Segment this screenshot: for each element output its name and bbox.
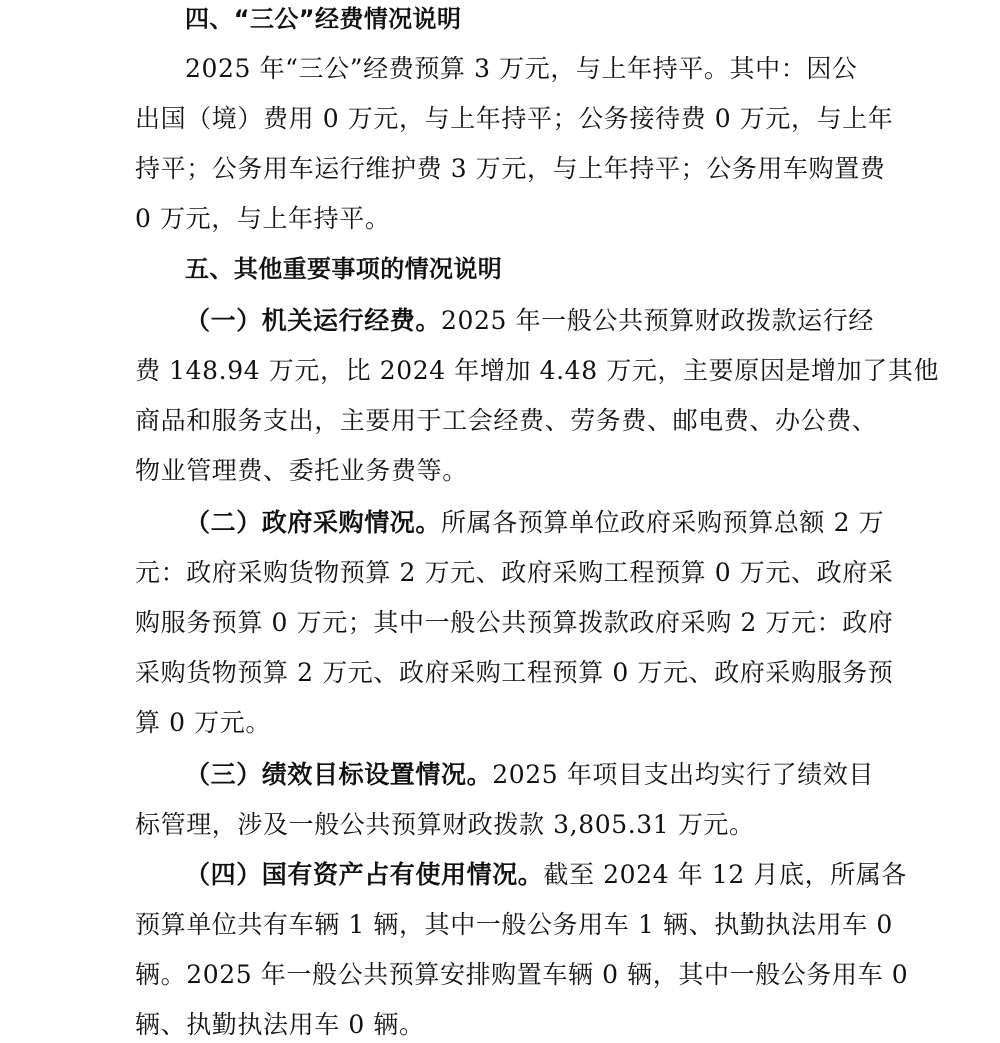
item-paragraph-state-assets: （四）国有资产占有使用情况。截至 2024 年 12 月底，所属各 [185,858,930,892]
item-paragraph-performance: （三）绩效目标设置情况。2025 年项目支出均实行了绩效目 [185,758,930,792]
paragraph-line: 出国（境）费用 0 万元，与上年持平；公务接待费 0 万元，与上年 [135,102,880,136]
item-paragraph-procurement: （二）政府采购情况。所属各预算单位政府采购预算总额 2 万 [185,506,930,540]
paragraph-line: 购服务预算 0 万元；其中一般公共预算拨款政府采购 2 万元：政府 [135,606,880,640]
paragraph-line: 算 0 万元。 [135,706,880,740]
paragraph-line: 辆。2025 年一般公共预算安排购置车辆 0 辆，其中一般公务用车 0 [135,958,880,992]
document-page: 四、“三公”经费情况说明 2025 年“三公”经费预算 3 万元，与上年持平。其… [0,0,1000,1043]
item-paragraph-operating-funds: （一）机关运行经费。2025 年一般公共预算财政拨款运行经 [185,304,930,338]
paragraph-line: 0 万元，与上年持平。 [135,202,880,236]
item-title: （三）绩效目标设置情况。 [185,760,492,789]
paragraph-line: 标管理，涉及一般公共预算财政拨款 3,805.31 万元。 [135,808,880,842]
item-text: 所属各预算单位政府采购预算总额 2 万 [441,508,884,537]
section-heading-other-matters: 五、其他重要事项的情况说明 [185,252,930,286]
item-text: 截至 2024 年 12 月底，所属各 [543,860,907,889]
item-title: （四）国有资产占有使用情况。 [185,860,543,889]
section-heading-sangong: 四、“三公”经费情况说明 [185,2,930,36]
paragraph-line: 采购货物预算 2 万元、政府采购工程预算 0 万元、政府采购服务预 [135,656,880,690]
paragraph-line: 辆、执勤执法用车 0 辆。 [135,1008,880,1042]
paragraph-line: 商品和服务支出，主要用于工会经费、劳务费、邮电费、办公费、 [135,404,880,438]
paragraph-line: 费 148.94 万元，比 2024 年增加 4.48 万元，主要原因是增加了其… [135,354,880,388]
paragraph-line: 物业管理费、委托业务费等。 [135,454,880,488]
item-title: （二）政府采购情况。 [185,508,441,537]
item-text: 2025 年项目支出均实行了绩效目 [492,760,874,789]
paragraph-line: 预算单位共有车辆 1 辆，其中一般公务用车 1 辆、执勤执法用车 0 [135,908,880,942]
item-title: （一）机关运行经费。 [185,306,441,335]
item-text: 2025 年一般公共预算财政拨款运行经 [441,306,874,335]
paragraph-line: 持平；公务用车运行维护费 3 万元，与上年持平；公务用车购置费 [135,152,880,186]
paragraph-line: 2025 年“三公”经费预算 3 万元，与上年持平。其中：因公 [185,52,930,86]
paragraph-line: 元：政府采购货物预算 2 万元、政府采购工程预算 0 万元、政府采 [135,556,880,590]
